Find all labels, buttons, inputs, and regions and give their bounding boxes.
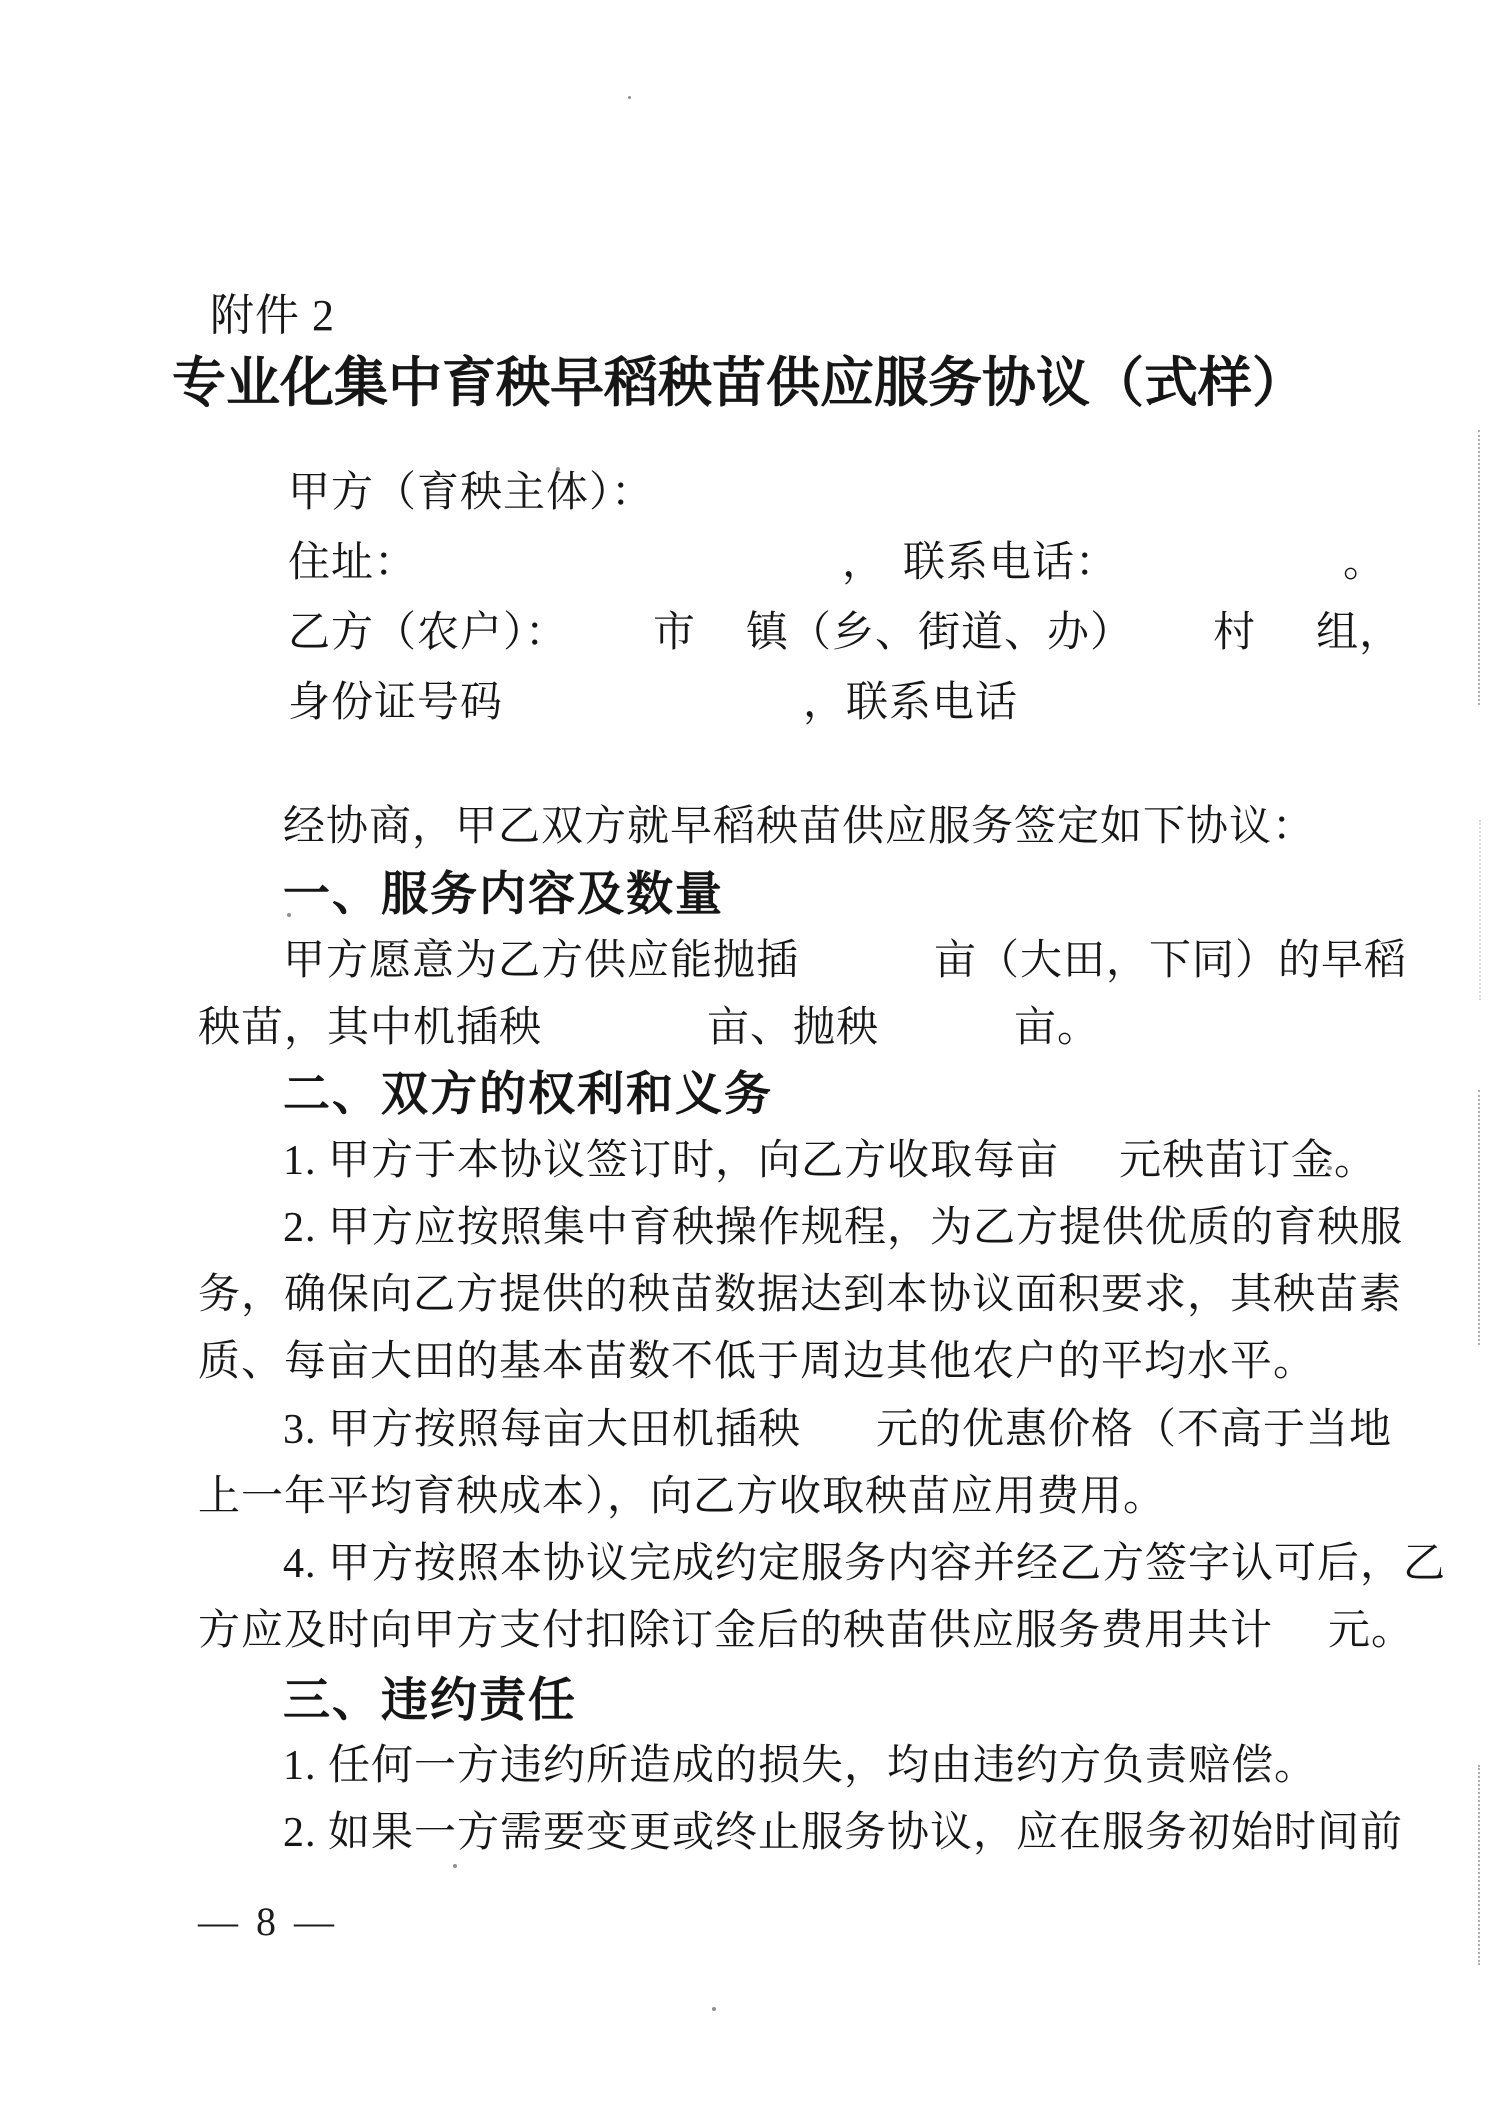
line-party-b: 乙方（农户）：市镇（乡、街道、办）村组，	[288, 612, 1402, 654]
item-2-text-1: 2. 甲方应按照集中育秧操作规程，为乙方提供优质的育秧服	[283, 1205, 1403, 1251]
blank-fill-city	[568, 653, 653, 654]
comma-mark: ，	[842, 540, 885, 586]
paragraph-supply-2: 秧苗，其中机插秧亩、抛秧亩。	[198, 1007, 1100, 1049]
paragraph-intro: 经协商，甲乙双方就早稻秧苗供应服务签定如下协议：	[283, 806, 1315, 848]
scan-speck	[556, 467, 560, 471]
heading-section-1: 一、服务内容及数量	[283, 870, 724, 917]
id-phone-label: ，联系电话	[803, 680, 1018, 726]
address-label: 住址：	[288, 540, 417, 586]
supply-text-b: 亩（大田，下同）的早稻	[934, 938, 1407, 984]
scan-edge-noise	[1478, 1090, 1480, 1345]
paragraph-item-4-line-1: 4. 甲方按照本协议完成约定服务内容并经乙方签字认可后，乙	[283, 1543, 1446, 1585]
item-1-text-b: 元秧苗订金。	[1119, 1138, 1377, 1184]
item-2-text-2: 务，确保向乙方提供的秧苗数据达到本协议面积要求，其秧苗素	[198, 1272, 1402, 1318]
line-address-phone: 住址：，联系电话：。	[288, 542, 1386, 584]
blank-fill-group	[1256, 653, 1316, 654]
paragraph-item-1: 1. 甲方于本协议签订时，向乙方收取每亩元秧苗订金。	[283, 1140, 1377, 1182]
line-party-a: 甲方（育秧主体）：	[288, 472, 654, 514]
paragraph-supply-1: 甲方愿意为乙方供应能抛插亩（大田，下同）的早稻	[283, 940, 1407, 982]
town-suffix: 镇（乡、街道、办）	[746, 610, 1133, 656]
paragraph-breach-2: 2. 如果一方需要变更或终止服务协议，应在服务初始时间前	[283, 1812, 1403, 1854]
scan-speck	[453, 1864, 457, 1868]
scan-edge-noise	[1479, 820, 1481, 1000]
blank-fill-mu-total	[799, 981, 934, 982]
attachment-label: 附件 2	[210, 294, 335, 338]
blank-fill-address	[417, 583, 842, 584]
blank-fill-village	[1133, 653, 1213, 654]
breach-2-text: 2. 如果一方需要变更或终止服务协议，应在服务初始时间前	[283, 1810, 1403, 1856]
scan-speck	[712, 2007, 716, 2011]
paragraph-item-3-line-2: 上一年平均育秧成本），向乙方收取秧苗应用费用。	[198, 1476, 1166, 1518]
paragraph-item-2-line-3: 质、每亩大田的基本苗数不低于周边其他农户的平均水平。	[198, 1341, 1316, 1383]
scan-speck	[287, 913, 291, 917]
item-4-text-c: 元。	[1328, 1608, 1414, 1654]
scan-speck	[628, 96, 631, 99]
blank-fill-machine-mu	[542, 1048, 707, 1049]
paragraph-breach-1: 1. 任何一方违约所造成的损失，均由违约方负责赔偿。	[283, 1745, 1317, 1787]
village-suffix: 村	[1213, 610, 1256, 656]
supply-text-e: 亩。	[1014, 1005, 1100, 1051]
supply-text-a: 甲方愿意为乙方供应能抛插	[283, 938, 799, 984]
supply-text-c: 秧苗，其中机插秧	[198, 1005, 542, 1051]
blank-fill-total-fee	[1273, 1651, 1328, 1652]
item-4-text-a: 4. 甲方按照本协议完成约定服务内容并经乙方签字认可后，乙	[283, 1541, 1446, 1587]
heading-section-3-text: 三、违约责任	[283, 1673, 577, 1726]
city-suffix: 市	[653, 610, 696, 656]
item-1-text-a: 1. 甲方于本协议签订时，向乙方收取每亩	[283, 1138, 1059, 1184]
phone-label: 联系电话：	[903, 540, 1118, 586]
blank-space	[885, 583, 903, 584]
party-b-label: 乙方（农户）：	[288, 610, 568, 656]
blank-fill-id	[503, 723, 803, 724]
scan-edge-noise	[1478, 1765, 1480, 1965]
paragraph-item-4-line-2: 方应及时向甲方支付扣除订金后的秧苗供应服务费用共计元。	[198, 1610, 1414, 1652]
blank-fill-deposit	[1059, 1181, 1119, 1182]
scan-edge-noise	[1478, 430, 1480, 705]
paragraph-item-3-line-1: 3. 甲方按照每亩大田机插秧元的优惠价格（不高于当地	[283, 1409, 1392, 1451]
heading-section-2-text: 二、双方的权利和义务	[283, 1067, 773, 1120]
item-3-text-c: 上一年平均育秧成本），向乙方收取秧苗应用费用。	[198, 1474, 1166, 1520]
heading-section-3: 三、违约责任	[283, 1676, 577, 1723]
page-number: — 8 —	[198, 1902, 338, 1942]
party-a-label: 甲方（育秧主体）：	[288, 470, 654, 516]
blank-fill-phone	[1118, 583, 1343, 584]
blank-fill-throw-mu	[879, 1048, 1014, 1049]
document-page: 附件 2 专业化集中育秧早稻秧苗供应服务协议（式样） 甲方（育秧主体）： 住址：…	[0, 0, 1490, 2104]
document-title: 专业化集中育秧早稻秧苗供应服务协议（式样）	[172, 356, 1306, 410]
blank-fill-price	[801, 1450, 876, 1451]
item-3-text-a: 3. 甲方按照每亩大田机插秧	[283, 1407, 801, 1453]
breach-1-text: 1. 任何一方违约所造成的损失，均由违约方负责赔偿。	[283, 1743, 1317, 1789]
heading-section-2: 二、双方的权利和义务	[283, 1070, 773, 1117]
id-label: 身份证号码	[288, 680, 503, 726]
paragraph-item-2-line-2: 务，确保向乙方提供的秧苗数据达到本协议面积要求，其秧苗素	[198, 1274, 1402, 1316]
group-suffix: 组，	[1316, 610, 1402, 656]
supply-text-d: 亩、抛秧	[707, 1005, 879, 1051]
blank-fill-town	[696, 653, 746, 654]
item-3-text-b: 元的优惠价格（不高于当地	[876, 1407, 1392, 1453]
line-id-number: 身份证号码，联系电话	[288, 682, 1018, 724]
intro-text: 经协商，甲乙双方就早稻秧苗供应服务签定如下协议：	[283, 804, 1315, 850]
scan-speck	[1327, 1166, 1332, 1170]
period-mark: 。	[1343, 540, 1386, 586]
item-4-text-b: 方应及时向甲方支付扣除订金后的秧苗供应服务费用共计	[198, 1608, 1273, 1654]
paragraph-item-2-line-1: 2. 甲方应按照集中育秧操作规程，为乙方提供优质的育秧服	[283, 1207, 1403, 1249]
heading-section-1-text: 一、服务内容及数量	[283, 867, 724, 920]
item-2-text-3: 质、每亩大田的基本苗数不低于周边其他农户的平均水平。	[198, 1339, 1316, 1385]
